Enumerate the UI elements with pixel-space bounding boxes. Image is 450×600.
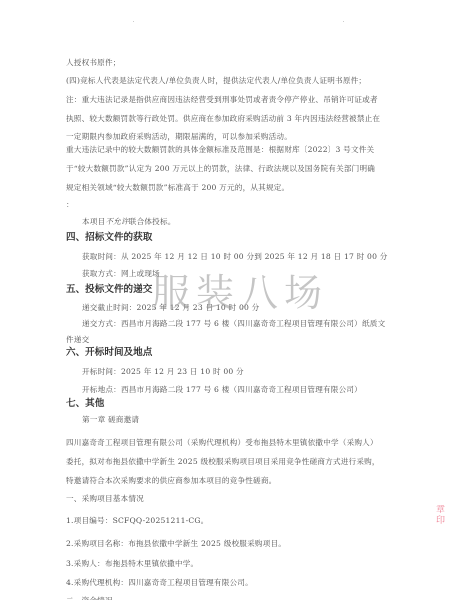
invitation-line: 四川嘉奇奇工程项目管理有限公司（采购代理机构）受布拖县特木里镇依撒中学（采购人） [66, 438, 378, 448]
info-item: 1.项目编号：SCFQQ-20251211-CG。 [66, 516, 208, 526]
section-heading: 四、招标文件的获取 [66, 232, 152, 244]
section-heading: 七、其他 [66, 398, 104, 410]
text-line: 一定期限内参加政府采购活动，期限届满的，可以参加采购活动。 [66, 132, 292, 142]
submission-method-cont: 件递交 [66, 335, 89, 345]
subsection-title: 二、资金情况 [66, 596, 113, 600]
submission-method: 递交方式：西昌市月海路二段 177 号 6 楼（四川嘉奇奇工程项目管理有限公司）… [82, 319, 385, 329]
opening-place: 开标地点：西昌市月海路二段 177 号 6 楼（四川嘉奇奇工程项目管理有限公司） [82, 385, 362, 395]
consortium-note: 本项目不允许联合体投标。 [82, 217, 176, 227]
invitation-line: 委托，拟对布拖县依撒中学新生 2025 级校服采购项目项目采用竞争性磋商方式进行… [66, 457, 380, 467]
text-line: 注：重大违法记录是指供应商因违法经营受到刑事处罚或者责令停产停业、吊销许可证或者 [66, 95, 378, 105]
info-item: 4.采购代理机构：四川嘉奇奇工程项目管理有限公司。 [66, 578, 253, 588]
section-heading: 五、投标文件的递交 [66, 284, 152, 296]
watermark: 服装八场 [152, 271, 328, 315]
consortium-prefix: 本项目 [82, 217, 105, 226]
info-item: 2.采购项目名称：布拖县依撒中学新生 2025 级校服采购项目。 [66, 539, 286, 549]
acquisition-time: 获取时间：从 2025 年 12 月 12 日 10 时 00 分到 2025 … [82, 252, 388, 262]
text-line: (四)竞标人代表是法定代表人/单位负责人时，提供法定代表人/单位负责人证明书原件… [66, 76, 366, 86]
consortium-italic: 不允许 [105, 217, 128, 226]
text-line: 重大违法记录中的较大数额罚款的具体金额标准及范围是：根据财库〔2022〕3 号文… [66, 145, 374, 155]
section-heading: 六、开标时间及地点 [66, 347, 152, 359]
consortium-suffix: 联合体投标。 [129, 217, 176, 226]
scan-speck [343, 21, 344, 22]
invitation-line: 特邀请符合本次采购要求的供应商参加本项目的竞争性磋商。 [66, 476, 276, 486]
text-line: 人授权书原件； [66, 58, 121, 68]
subsection-title: 一、采购项目基本情况 [66, 494, 144, 504]
chapter-title: 第一章 磋商邀请 [82, 415, 139, 425]
opening-time: 开标时间：2025 年 12 月 23 日 10 时 00 分 [82, 367, 244, 377]
info-item: 3.采购人：布拖县特木里镇依撒中学。 [66, 559, 198, 569]
red-stamp-mark: 章印 [436, 505, 450, 585]
document-page: 人授权书原件； (四)竞标人代表是法定代表人/单位负责人时，提供法定代表人/单位… [0, 0, 450, 600]
scan-speck [133, 21, 134, 22]
acquisition-method: 获取方式：网上或现场 [82, 269, 160, 279]
text-line: 执照、较大数额罚款等行政处罚。供应商在参加政府采购活动前 3 年内因违法经营被禁… [66, 114, 380, 124]
text-line: ： [66, 200, 74, 210]
text-line: 规定相关领域“较大数额罚款”标准高于 200 万元的，从其规定。 [66, 183, 289, 193]
text-line: 于“较大数额罚款”认定为 200 万元以上的罚款，法律、行政法规以及国务院有关部… [66, 164, 375, 174]
